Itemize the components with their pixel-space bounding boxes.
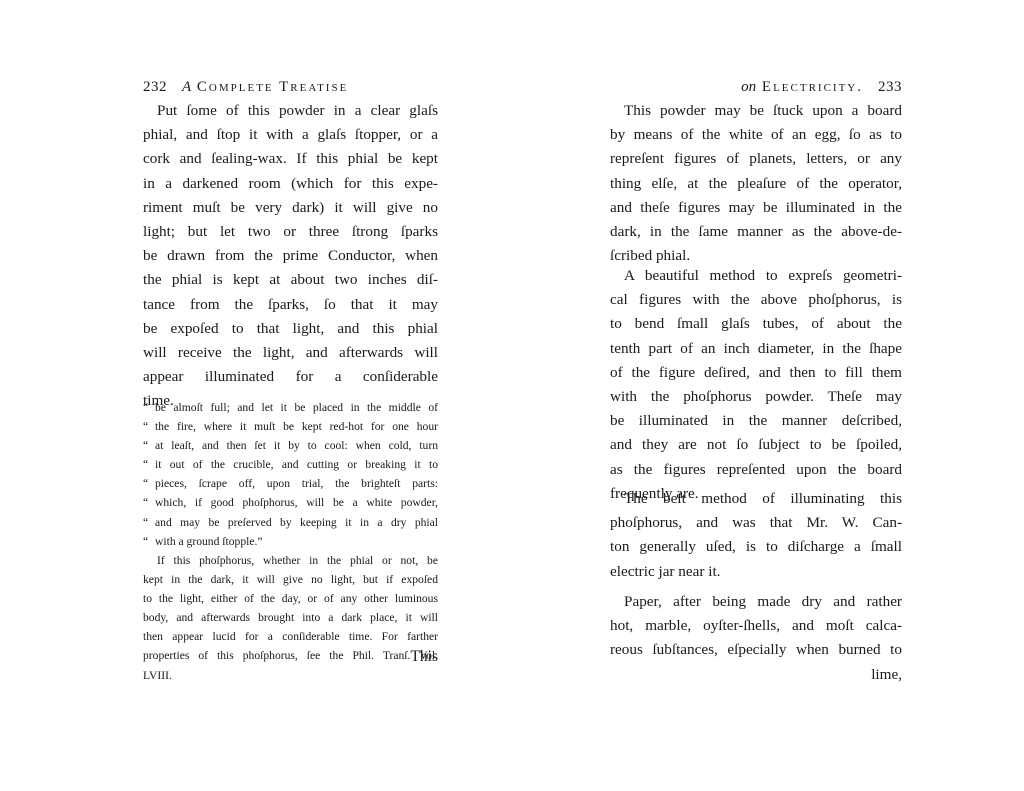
right-paragraph-3: The beſt method of illuminating this pho…	[610, 487, 902, 584]
left-footnote-paragraph: If this phoſphorus, whether in the phial…	[143, 551, 438, 685]
right-page-header: on Electricity. 233	[610, 79, 902, 99]
left-paragraph-1: Put ſome of this powder in a clear glaſs…	[143, 99, 438, 413]
right-paragraph-2: A beautiful method to expreſs geometri- …	[610, 264, 902, 506]
left-footnote-quote: “be almoſt full; and let it be placed in…	[143, 398, 438, 551]
left-catchword: This	[410, 648, 438, 666]
right-running-head: on Electricity.	[741, 79, 863, 95]
left-running-head: A Complete Treatise	[182, 79, 348, 95]
right-paragraph-1: This powder may be ſtuck upon a board by…	[610, 99, 902, 268]
left-page-header: 232 A Complete Treatise	[143, 79, 438, 99]
left-page-number: 232	[143, 79, 167, 95]
right-paragraph-4: Paper, after being made dry and rather h…	[610, 590, 902, 687]
right-page-number: 233	[878, 79, 902, 95]
